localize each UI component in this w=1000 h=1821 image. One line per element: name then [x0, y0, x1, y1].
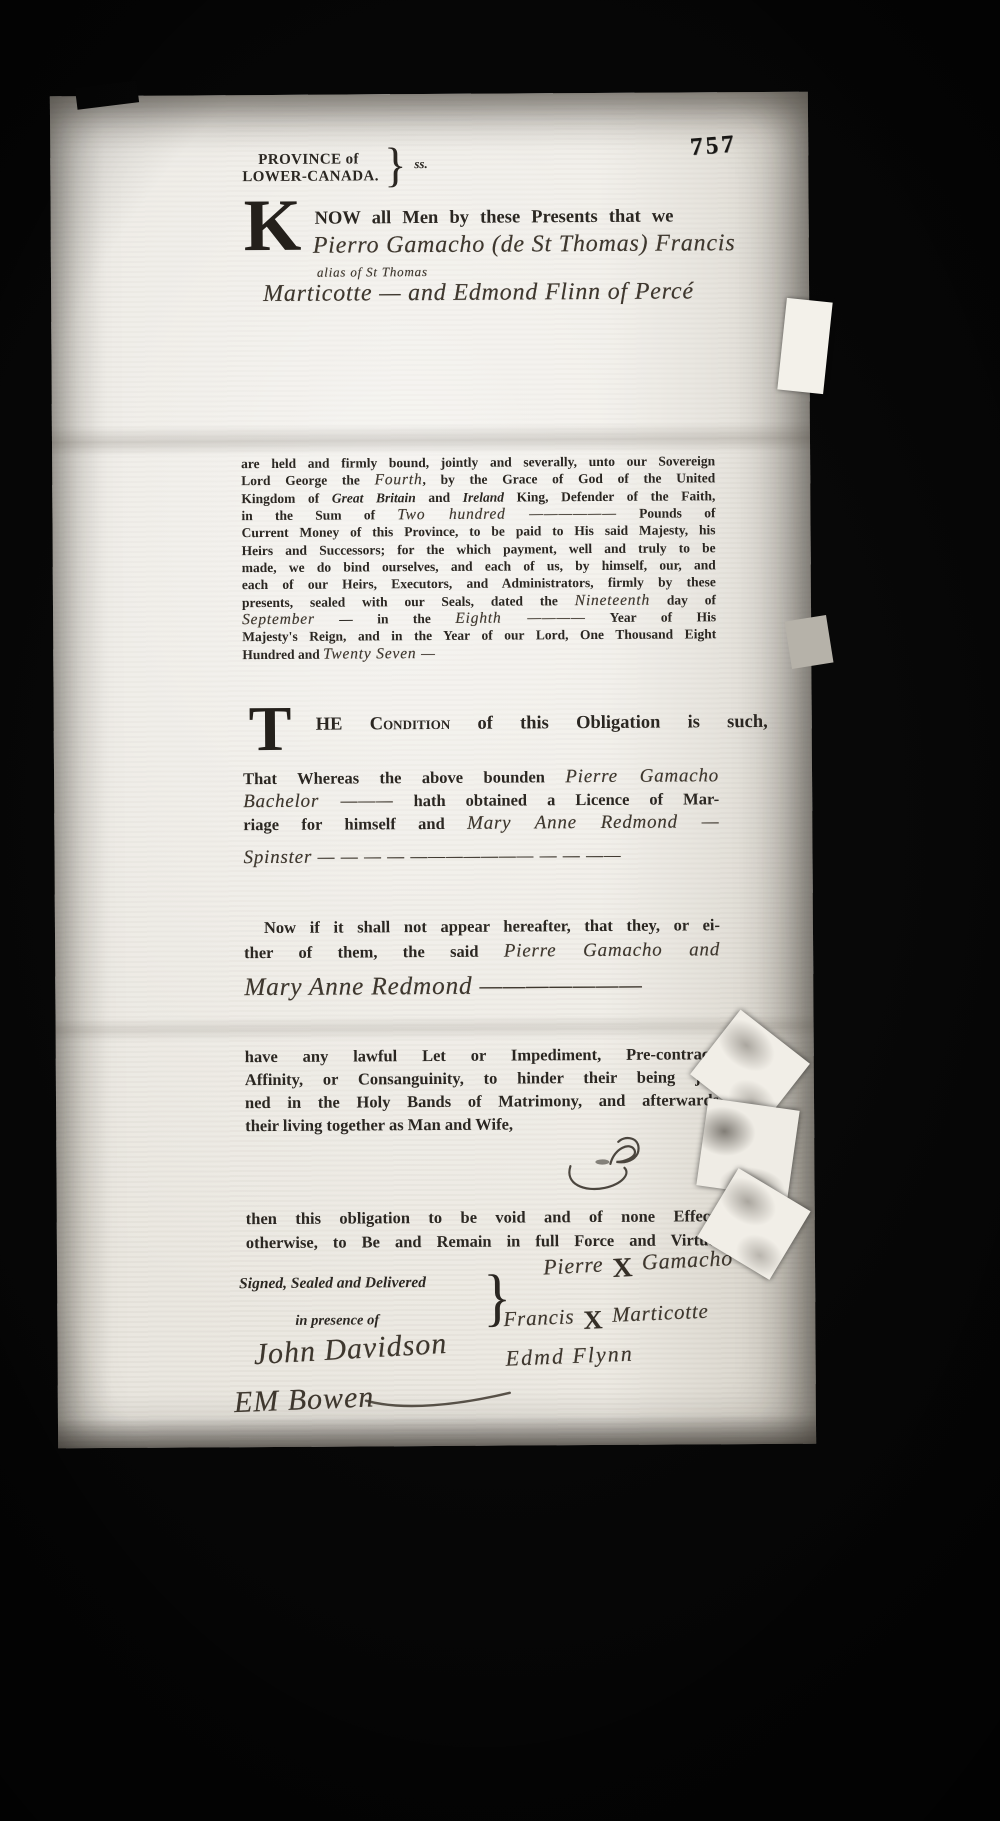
printed-text: Condition [370, 714, 451, 734]
text-line: Bachelor ——— hath obtained a Licence of … [243, 787, 719, 813]
x-mark: X [583, 1305, 604, 1335]
printed-text: riage for himself and [243, 814, 467, 834]
paper-edge-fragment [777, 298, 832, 394]
handwritten-text: Spinster — — — — ——————— — — —— [243, 845, 621, 868]
jurisdiction-heading: PROVINCE of LOWER-CANADA. [242, 151, 379, 186]
opening-line: NOW all Men by these Presents that we [315, 207, 674, 230]
handwritten-text: Bachelor ——— [243, 790, 393, 812]
handwritten-names-line1: Pierro Gamacho (de St Thomas) Francis [313, 230, 736, 260]
handwritten-text: Fourth [375, 471, 423, 488]
handwritten-text: Pierre Gamacho and [504, 939, 720, 961]
printed-text: day of [650, 592, 716, 607]
printed-text: presents, sealed with our Seals, dated t… [242, 593, 575, 610]
printed-text: Affinity, or Consanguinity, to hinder th… [245, 1067, 719, 1089]
dropcap-k: K [243, 197, 301, 255]
printed-text: their living together as Man and Wife, [245, 1115, 513, 1136]
text-line: HE Condition of this Obligation is such, [316, 712, 768, 736]
handwritten-text: EM Bowen [233, 1380, 375, 1419]
text-line: Majesty's Reign, and in the Year of our … [242, 626, 716, 646]
impediment-clause-paragraph: have any lawful Let or Impediment, Pre-c… [245, 1042, 720, 1137]
text-line: have any lawful Let or Impediment, Pre-c… [245, 1042, 719, 1068]
printed-text: Lord George the [241, 473, 374, 489]
handwritten-text: Mary Anne Redmond — [467, 811, 719, 834]
text-line: Now if it shall not appear hereafter, th… [244, 912, 720, 940]
printed-text: Now if it shall not appear hereafter, th… [264, 915, 720, 937]
document-page: 757 PROVINCE of LOWER-CANADA. } ss. K NO… [50, 92, 816, 1449]
printed-text: ned in the Holy Bands of Matrimony, and … [245, 1090, 719, 1112]
handwritten-text: Marticotte [612, 1299, 710, 1327]
brace-glyph: } [384, 137, 406, 193]
ss-abbreviation: ss. [414, 156, 427, 172]
scan-background: 757 PROVINCE of LOWER-CANADA. } ss. K NO… [0, 0, 1000, 1821]
printed-text: Pounds of [617, 505, 716, 521]
printed-text: Great Britain [332, 490, 416, 506]
paper-fold-shadow [58, 1414, 816, 1449]
text-line: ned in the Holy Bands of Matrimony, and … [245, 1088, 719, 1114]
printed-text: HE [316, 714, 370, 734]
printed-text: each of our Heirs, Executors, and Admini… [242, 575, 716, 593]
handwritten-text: Pierre [543, 1252, 604, 1280]
ink-flourish [562, 1136, 642, 1196]
handwritten-text: Nineteenth [575, 591, 650, 608]
printed-text: of this Obligation is such, [450, 712, 768, 734]
jurisdiction-line: LOWER-CANADA. [242, 168, 379, 186]
jurisdiction-line: PROVINCE of [242, 151, 379, 169]
bond-clause-paragraph: are held and firmly bound, jointly and s… [241, 452, 716, 663]
printed-text: , by the Grace of God of the United [422, 471, 715, 488]
attestation-line: in presence of [295, 1312, 379, 1330]
printed-text: Hundred and [242, 646, 323, 661]
text-line: Hundred and Twenty Seven — [242, 643, 716, 663]
handwritten-text: Two hundred —————— [397, 505, 617, 523]
now-clause-paragraph: Now if it shall not appear hereafter, th… [244, 912, 721, 1000]
printed-text: ther of them, the said [244, 942, 504, 963]
paper-fold-shadow [52, 422, 810, 457]
printed-text: That Whereas the above bounden [243, 767, 565, 788]
printed-text: — in the [315, 611, 456, 627]
paper-edge-fragment [785, 615, 834, 669]
condition-heading: HE Condition of this Obligation is such, [316, 712, 768, 736]
printed-text: made, we do bind ourselves, and each of … [242, 557, 716, 575]
x-mark: X [612, 1251, 634, 1283]
printed-text: in the Sum of [241, 507, 397, 523]
text-line: ther of them, the said Pierre Gamacho an… [244, 937, 720, 965]
signature-flourish [364, 1389, 515, 1413]
printed-text: Current Money of this Province, to be pa… [242, 523, 716, 541]
text-line: Affinity, or Consanguinity, to hinder th… [245, 1065, 719, 1091]
text-line: then this obligation to be void and of n… [246, 1204, 720, 1230]
whereas-clause-paragraph: That Whereas the above bounden Pierre Ga… [243, 764, 720, 869]
page-number: 757 [689, 131, 737, 162]
printed-text: hath obtained a Licence of Mar- [393, 789, 719, 810]
dropcap-t: T [249, 703, 292, 755]
text-line: Spinster — — — — ——————— — — —— [243, 843, 719, 869]
handwritten-text: Francis [503, 1304, 575, 1331]
handwritten-text: September [242, 611, 315, 628]
printed-text: Heirs and Successors; for the which paym… [242, 540, 716, 558]
handwritten-alias-note: alias of St Thomas [317, 264, 428, 281]
handwritten-text: Eighth ———— [455, 609, 585, 627]
handwritten-text: Pierre Gamacho [565, 765, 719, 787]
signature-witness-bowen: EM Bowen [233, 1375, 515, 1420]
handwritten-text: Twenty Seven — [323, 645, 436, 663]
printed-text: Ireland [463, 489, 504, 504]
printed-text: have any lawful Let or Impediment, Pre-c… [245, 1044, 719, 1066]
printed-text: King, Defender of the Faith, [504, 488, 715, 504]
text-line: their living together as Man and Wife, [245, 1111, 719, 1137]
text-line: riage for himself and Mary Anne Redmond … [243, 810, 719, 836]
printed-text: Kingdom of [241, 490, 332, 506]
signature-principal-flynn: Edmd Flynn [505, 1341, 634, 1372]
printed-text: Year of His [586, 609, 716, 625]
printed-text: then this obligation to be void and of n… [246, 1206, 720, 1228]
printed-text: Majesty's Reign, and in the Year of our … [242, 627, 716, 645]
signature-principal-marticotte: FrancisXMarticotte [503, 1295, 709, 1333]
printed-text: and [416, 490, 463, 505]
handwritten-names-line2: Marticotte — and Edmond Flinn of Percé [263, 278, 694, 308]
text-line: That Whereas the above bounden Pierre Ga… [243, 764, 719, 790]
text-line: Mary Anne Redmond ——————— [244, 972, 720, 1000]
attestation-line: Signed, Sealed and Delivered [239, 1274, 426, 1293]
printed-text: are held and firmly bound, jointly and s… [241, 453, 715, 471]
signature-witness-davidson: John Davidson [253, 1327, 448, 1372]
paper-fold-shadow [56, 1014, 814, 1043]
handwritten-text: Mary Anne Redmond ——————— [244, 971, 642, 1001]
